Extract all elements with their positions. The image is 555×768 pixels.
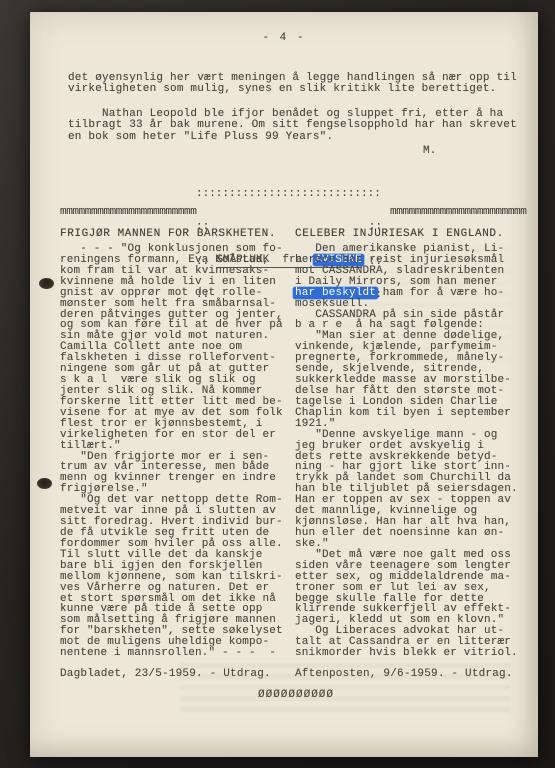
decorative-m-row-left: mmmmmmmmmmmmmmmmmmmmmm [60, 206, 196, 218]
punch-hole-bottom [37, 478, 52, 489]
right-column-headline: CELEBER INJURIESAK I ENGLAND. [295, 228, 533, 240]
scan-background: - 4 - det øyensynlig her vært meningen å… [0, 0, 555, 768]
document-page: - 4 - det øyensynlig her vært meningen å… [30, 12, 538, 757]
left-column-source: Dagbladet, 23/5-1959. - Utdrag. [60, 668, 298, 680]
punch-hole-top [39, 278, 54, 289]
left-column-headline: FRIGJØR MANNEN FOR BARSKHETEN. [60, 228, 298, 240]
left-column: FRIGJØR MANNEN FOR BARSKHETEN. - - - "Og… [60, 228, 298, 680]
intro-paragraph-2: Nathan Leopold ble ifjor benådet og slup… [68, 109, 517, 143]
right-body-before-highlight: Den amerikanske pianist, Li- berace har … [295, 243, 504, 288]
page-number: - 4 - [30, 33, 538, 44]
left-column-body: - - - "Og konklusjonen som fo- reningens… [60, 244, 298, 659]
header-border-top: :::::::::::::::::::::::::::: [196, 189, 382, 200]
intro-paragraph-1: det øyensynlig her vært meningen å legge… [68, 73, 517, 96]
decorative-m-row-right: mmmmmmmmmmmmmmmmmmmmmm [390, 206, 526, 218]
right-column-source: Aftenposten, 9/6-1959. - Utdrag. [295, 668, 533, 680]
typist-separator-mark: ØØØØØØØØØØ [258, 690, 334, 701]
right-body-after-highlight: ham for å være ho- moseksuell. CASSANDRA… [295, 287, 518, 659]
author-initial: M. [423, 146, 437, 157]
right-column: CELEBER INJURIESAK I ENGLAND. Den amerik… [295, 228, 533, 680]
right-column-body: Den amerikanske pianist, Li- berace har … [295, 244, 533, 659]
